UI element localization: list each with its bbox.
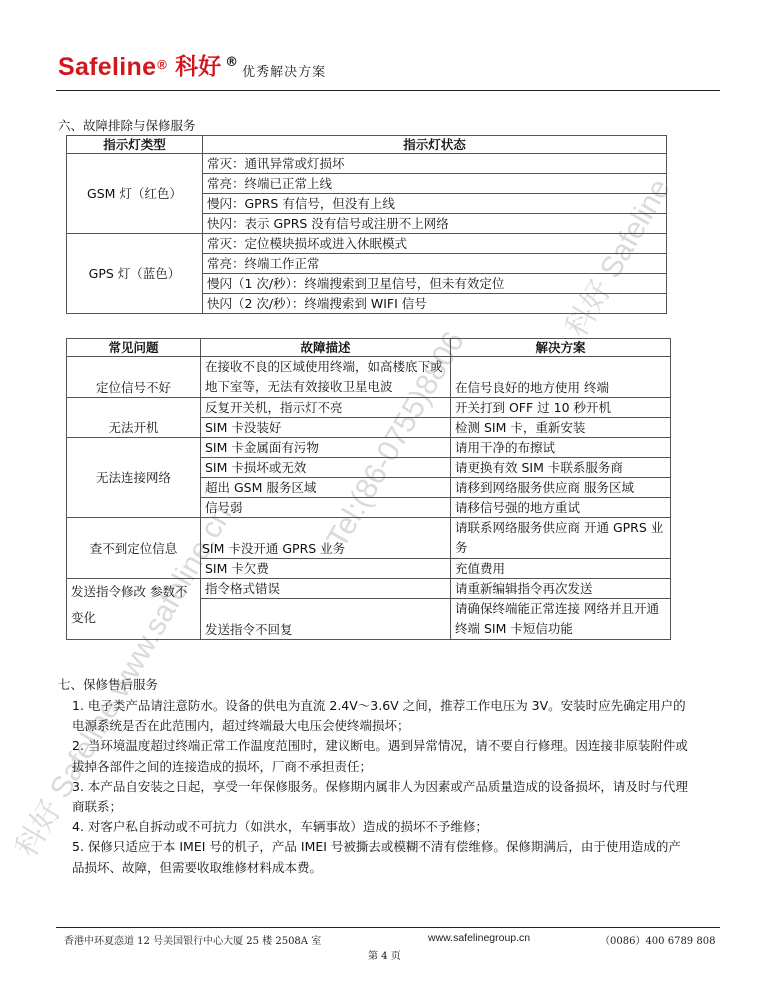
problem-cell: 定位信号不好 <box>67 357 201 398</box>
section-6-title: 六、故障排除与保修服务 <box>58 116 196 134</box>
solution-cell: 充值费用 <box>451 559 671 579</box>
problem-cell: 查不到定位信息 <box>67 518 201 579</box>
description-cell: 超出 GSM 服务区域 <box>201 478 451 498</box>
slogan: 优秀解决方案 <box>242 61 326 80</box>
warranty-item: 3. 本产品自安装之日起，享受一年保修服务。保修期内属非人为因素或产品质量造成的… <box>72 777 692 817</box>
warranty-item: 5. 保修只适应于本 IMEI 号的机子，产品 IMEI 号被撕去或模糊不清有偿… <box>72 837 692 877</box>
indicator-state: 慢闪（1 次/秒）：终端搜索到卫星信号，但未有效定位 <box>203 274 667 294</box>
indicator-state: 常灭：通讯异常或灯损坏 <box>203 154 667 174</box>
description-cell: SIM 卡损坏或无效 <box>201 458 451 478</box>
table-header-row: 常见问题 故障描述 解决方案 <box>67 339 671 357</box>
warranty-item: 1. 电子类产品请注意防水。设备的供电为直流 2.4V～3.6V 之间，推荐工作… <box>72 696 692 736</box>
description-cell: SIM 卡金属面有污物 <box>201 438 451 458</box>
table-row: 定位信号不好 在接收不良的区域使用终端，如高楼底下或地下室等，无法有效接收卫星电… <box>67 357 671 398</box>
table-row: 查不到定位信息 SIM 卡没开通 GPRS 业务 请联系网络服务供应商 开通 G… <box>67 518 671 559</box>
description-cell: 指令格式错误 <box>201 579 451 599</box>
warranty-item: 2. 当环境温度超过终端正常工作温度范围时，建议断电。遇到异常情况，请不要自行修… <box>72 736 692 776</box>
table-header-row: 指示灯类型 指示灯状态 <box>67 136 667 154</box>
solution-cell: 请移到网络服务供应商 服务区域 <box>451 478 671 498</box>
indicator-state: 常亮：终端已正常上线 <box>203 174 667 194</box>
table-row: GPS 灯（蓝色） 常灭：定位模块损坏或进入休眠模式 <box>67 234 667 254</box>
column-header: 指示灯类型 <box>67 136 203 154</box>
description-cell: SIM 卡没开通 GPRS 业务 <box>201 518 451 559</box>
indicator-state: 快闪（2 次/秒）：终端搜索到 WIFI 信号 <box>203 294 667 314</box>
solution-cell: 请联系网络服务供应商 开通 GPRS 业务 <box>451 518 671 559</box>
brand-cn: 科好 <box>175 52 221 82</box>
footer-website[interactable]: www.safelinegroup.cn <box>428 932 530 944</box>
warranty-list: 1. 电子类产品请注意防水。设备的供电为直流 2.4V～3.6V 之间，推荐工作… <box>72 696 692 878</box>
description-cell: 发送指令不回复 <box>201 599 451 640</box>
table-row: GSM 灯（红色） 常灭：通讯异常或灯损坏 <box>67 154 667 174</box>
solution-cell: 请重新编辑指令再次发送 <box>451 579 671 599</box>
solution-cell: 请用干净的布擦试 <box>451 438 671 458</box>
column-header: 故障描述 <box>201 339 451 357</box>
indicator-type-gsm: GSM 灯（红色） <box>67 154 203 234</box>
brand-logo: Safeline® <box>58 52 167 82</box>
description-cell: 信号弱 <box>201 498 451 518</box>
table-row: 发送指令修改 参数不变化 指令格式错误 请重新编辑指令再次发送 <box>67 579 671 599</box>
solution-cell: 检测 SIM 卡，重新安装 <box>451 418 671 438</box>
problem-cell: 无法连接网络 <box>67 438 201 518</box>
description-cell: 反复开关机，指示灯不亮 <box>201 398 451 418</box>
indicator-state: 常亮：终端工作正常 <box>203 254 667 274</box>
page-header: Safeline® 科好 ® 优秀解决方案 <box>58 52 326 82</box>
registered-mark: ® <box>157 57 167 72</box>
footer-divider <box>56 927 720 928</box>
solution-cell: 请移信号强的地方重试 <box>451 498 671 518</box>
column-header: 常见问题 <box>67 339 201 357</box>
brand-name: Safeline <box>58 53 156 81</box>
description-cell: SIM 卡欠费 <box>201 559 451 579</box>
section-7-title: 七、保修售后服务 <box>58 675 158 693</box>
indicator-table: 指示灯类型 指示灯状态 GSM 灯（红色） 常灭：通讯异常或灯损坏 常亮：终端已… <box>66 135 667 314</box>
header-divider <box>56 90 720 91</box>
registered-mark-2: ® <box>225 55 238 70</box>
table-row: 无法连接网络 SIM 卡金属面有污物 请用干净的布擦试 <box>67 438 671 458</box>
description-cell: SIM 卡没装好 <box>201 418 451 438</box>
page-number: 第 4 页 <box>368 947 401 962</box>
solution-cell: 请更换有效 SIM 卡联系服务商 <box>451 458 671 478</box>
indicator-type-gps: GPS 灯（蓝色） <box>67 234 203 314</box>
description-cell: 在接收不良的区域使用终端，如高楼底下或地下室等，无法有效接收卫星电波 <box>201 357 451 398</box>
solution-cell: 在信号良好的地方使用 终端 <box>451 357 671 398</box>
faq-table: 常见问题 故障描述 解决方案 定位信号不好 在接收不良的区域使用终端，如高楼底下… <box>66 338 671 640</box>
column-header: 指示灯状态 <box>203 136 667 154</box>
indicator-state: 慢闪：GPRS 有信号，但没有上线 <box>203 194 667 214</box>
table-row: 无法开机 反复开关机，指示灯不亮 开关打到 OFF 过 10 秒开机 <box>67 398 671 418</box>
indicator-state: 快闪：表示 GPRS 没有信号或注册不上网络 <box>203 214 667 234</box>
column-header: 解决方案 <box>451 339 671 357</box>
solution-cell: 开关打到 OFF 过 10 秒开机 <box>451 398 671 418</box>
footer-address: 香港中环夏悫道 12 号美国银行中心大厦 25 楼 2508A 室 <box>64 932 321 947</box>
footer-phone: （0086）400 6789 808 <box>600 932 715 947</box>
indicator-state: 常灭：定位模块损坏或进入休眠模式 <box>203 234 667 254</box>
solution-cell: 请确保终端能正常连接 网络并且开通终端 SIM 卡短信功能 <box>451 599 671 640</box>
warranty-item: 4. 对客户私自拆动或不可抗力（如洪水，车辆事故）造成的损坏不予维修； <box>72 817 692 837</box>
problem-cell: 无法开机 <box>67 398 201 438</box>
problem-cell: 发送指令修改 参数不变化 <box>67 579 201 640</box>
